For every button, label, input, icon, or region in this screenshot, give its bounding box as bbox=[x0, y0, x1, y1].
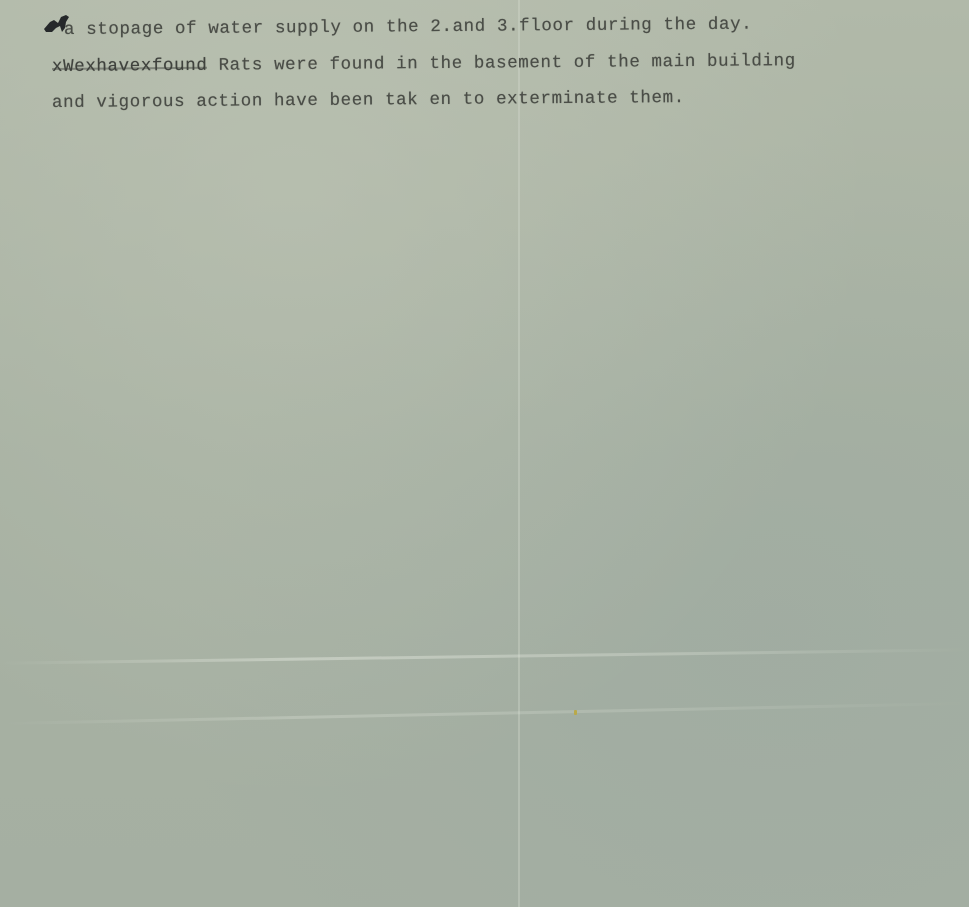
struck-out-text: xWexhavexfound bbox=[52, 56, 208, 77]
paper-background bbox=[0, 0, 969, 907]
vertical-fold-crease bbox=[518, 0, 520, 907]
paper-speck bbox=[574, 710, 577, 715]
